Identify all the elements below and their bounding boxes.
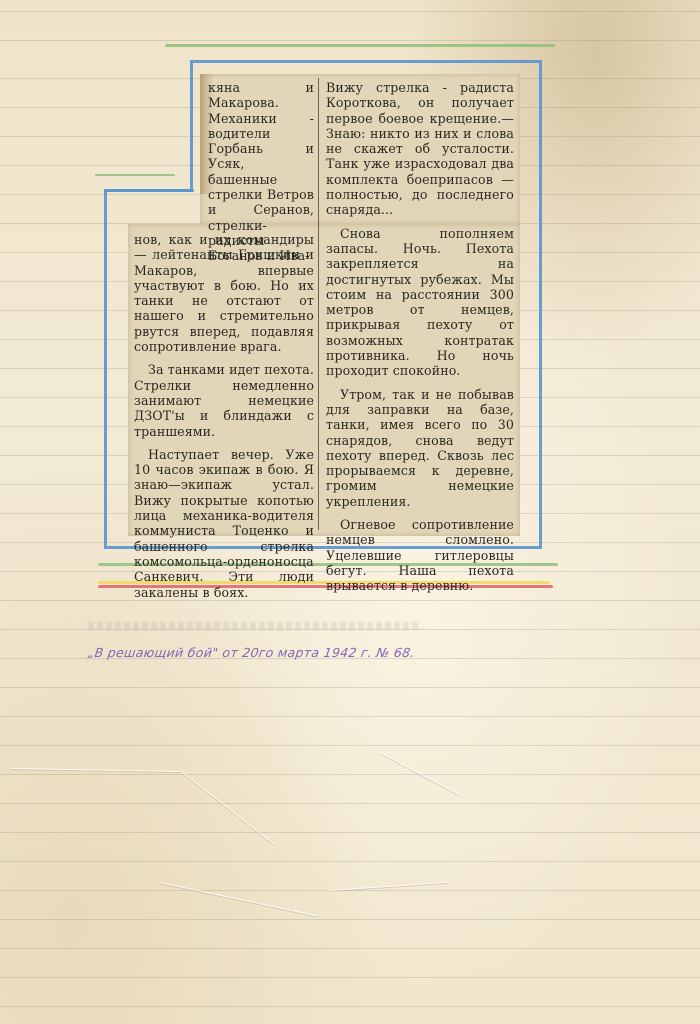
clipping-paragraph: Снова пополняем запасы. Ночь. Пехота зак… [326, 226, 514, 379]
clipping-paragraph: Вижу стрелка - радиста Короткова, он пол… [326, 80, 514, 218]
green-line-top [165, 44, 555, 47]
clipping-left-column: нов, как и их командиры— лейтенанты Гриш… [134, 232, 314, 608]
green-line-step [95, 174, 175, 176]
handwritten-source-caption: „В решающий бой" от 20го марта 1942 г. №… [87, 645, 416, 660]
clipping-paragraph: Огневое сопротивление немцев сломлено. У… [326, 517, 514, 593]
blue-frame-step [104, 189, 194, 192]
clipping-right-column: Вижу стрелка - радиста Короткова, он пол… [326, 80, 514, 602]
scrapbook-page: кяна и Макарова. Механики - водители Гор… [0, 0, 700, 1024]
clipping-paragraph: Утром, так и не побывав для заправки на … [326, 387, 514, 509]
clipping-paragraph: Наступает вечер. Уже 10 часов экипаж в б… [134, 447, 314, 600]
clipping-paragraph: нов, как и их командиры— лейтенанты Гриш… [134, 232, 314, 354]
column-separator [318, 78, 319, 530]
show-through-text [88, 622, 418, 630]
clipping-paragraph: За танками идет пехота. Стрелки немедлен… [134, 362, 314, 438]
